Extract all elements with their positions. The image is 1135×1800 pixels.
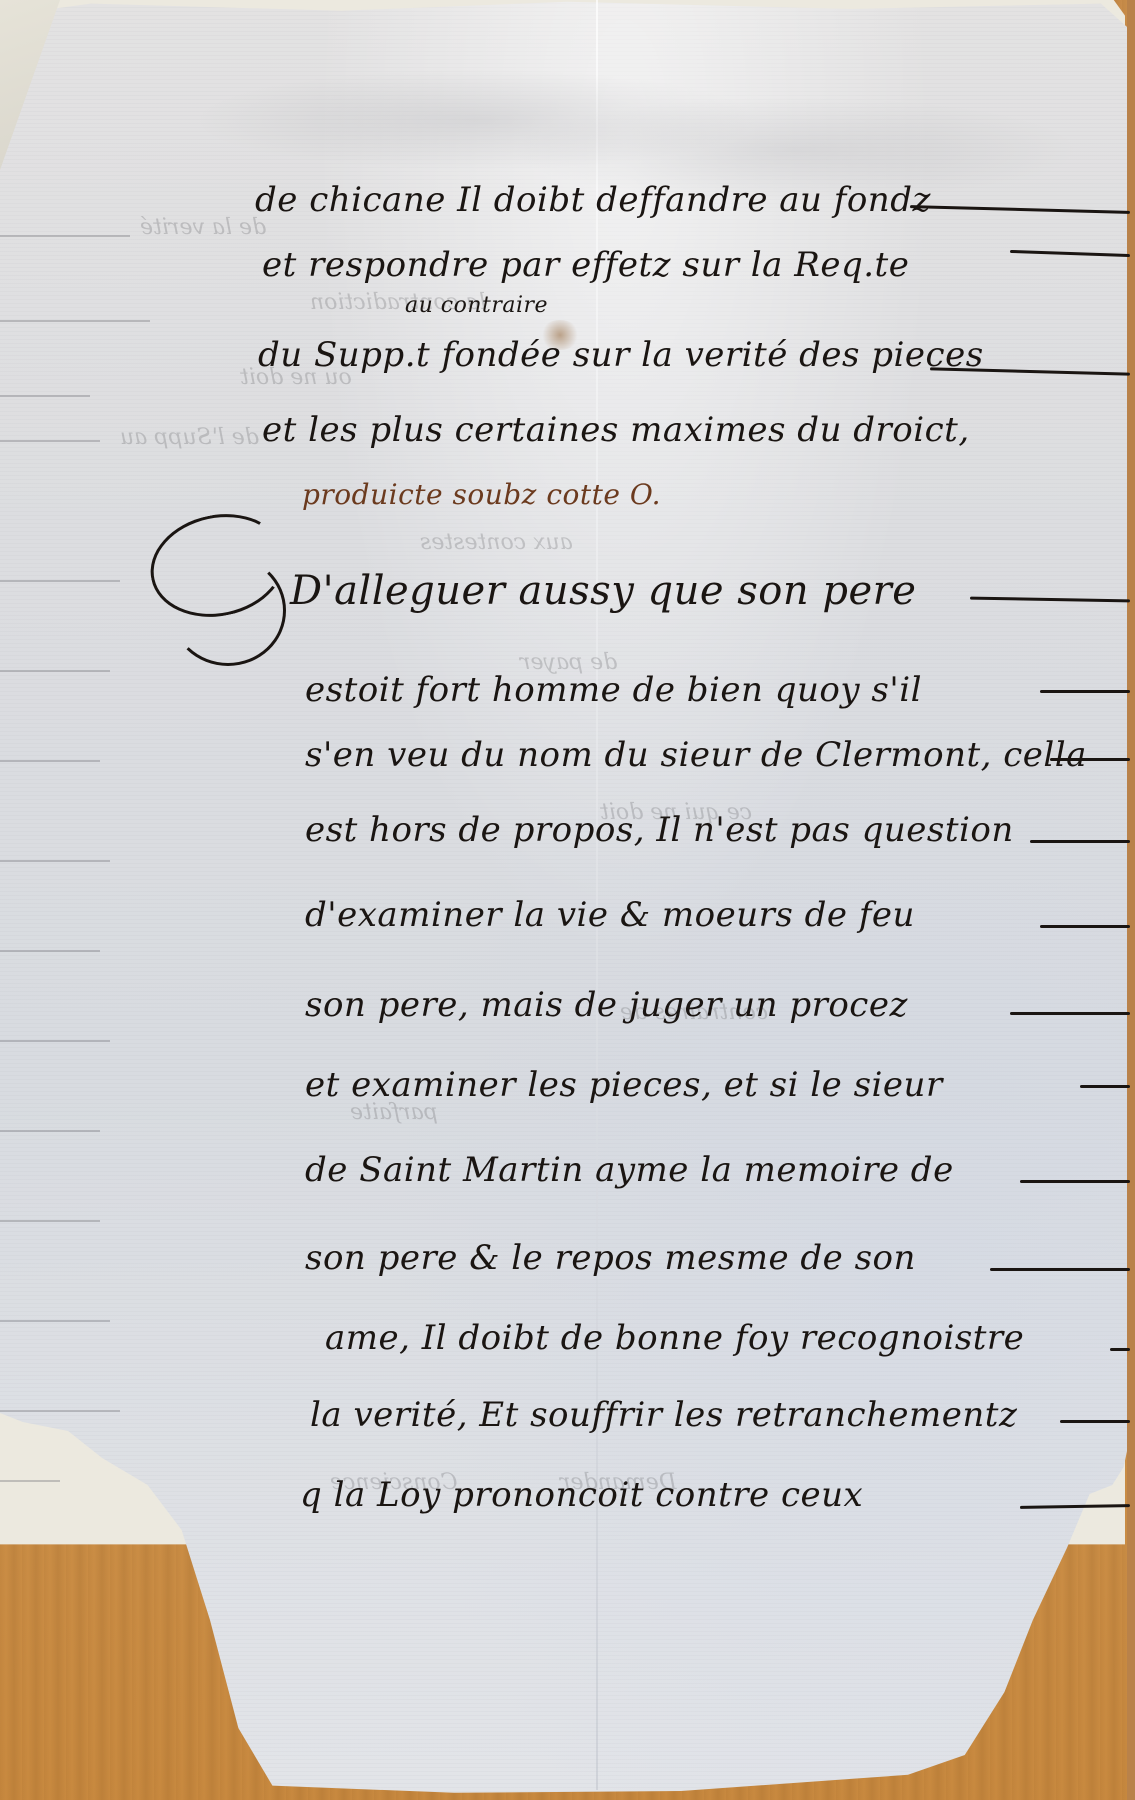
text-line-12: et examiner les pieces, et si le sieur	[305, 1065, 943, 1105]
text-line-8: s'en veu du nom du sieur de Clermont, ce…	[305, 735, 1087, 775]
line-filler-stroke	[1080, 1085, 1130, 1088]
line-filler-stroke	[910, 205, 1130, 214]
marginal-note-brown: produicte soubz cotte O.	[302, 478, 661, 511]
line-filler-stroke	[1020, 1504, 1130, 1509]
text-line-16: la verité, Et souffrir les retranchement…	[310, 1395, 1017, 1435]
manuscript-text: de chicane Il doibt deffandre au fondz e…	[0, 0, 1135, 1800]
line-filler-stroke	[1010, 250, 1130, 257]
text-line-3: du Supp.t fondée sur la verité des piece…	[258, 335, 984, 375]
text-line-13: de Saint Martin ayme la memoire de	[305, 1150, 954, 1190]
line-filler-stroke	[1030, 840, 1130, 843]
line-filler-stroke	[1040, 925, 1130, 928]
line-filler-stroke	[1050, 758, 1130, 761]
text-line-6: D'alleguer aussy que son pere	[290, 568, 916, 614]
line-filler-stroke	[990, 1268, 1130, 1271]
text-line-11: son pere, mais de juger un procez	[305, 985, 908, 1025]
text-line-2: et respondre par effetz sur la Req.te	[262, 245, 909, 285]
line-filler-stroke	[1060, 1420, 1130, 1423]
line-filler-stroke	[1010, 1012, 1130, 1015]
text-line-1: de chicane Il doibt deffandre au fondz	[255, 180, 931, 220]
text-line-15: ame, Il doibt de bonne foy recognoistre	[325, 1318, 1024, 1358]
line-filler-stroke	[1110, 1348, 1130, 1351]
text-line-4: et les plus certaines maximes du droict,	[262, 410, 970, 450]
text-line-10: d'examiner la vie & moeurs de feu	[305, 895, 915, 935]
text-line-17: q la Loy prononcoit contre ceux	[300, 1475, 863, 1515]
interlinear-insertion: au contraire	[405, 293, 548, 318]
text-line-7: estoit fort homme de bien quoy s'il	[305, 670, 922, 710]
text-line-14: son pere & le repos mesme de son	[305, 1238, 916, 1278]
decorated-initial-d	[150, 515, 300, 660]
line-filler-stroke	[970, 597, 1130, 603]
text-line-9: est hors de propos, Il n'est pas questio…	[305, 810, 1014, 850]
line-filler-stroke	[1040, 690, 1130, 693]
line-filler-stroke	[1020, 1180, 1130, 1183]
